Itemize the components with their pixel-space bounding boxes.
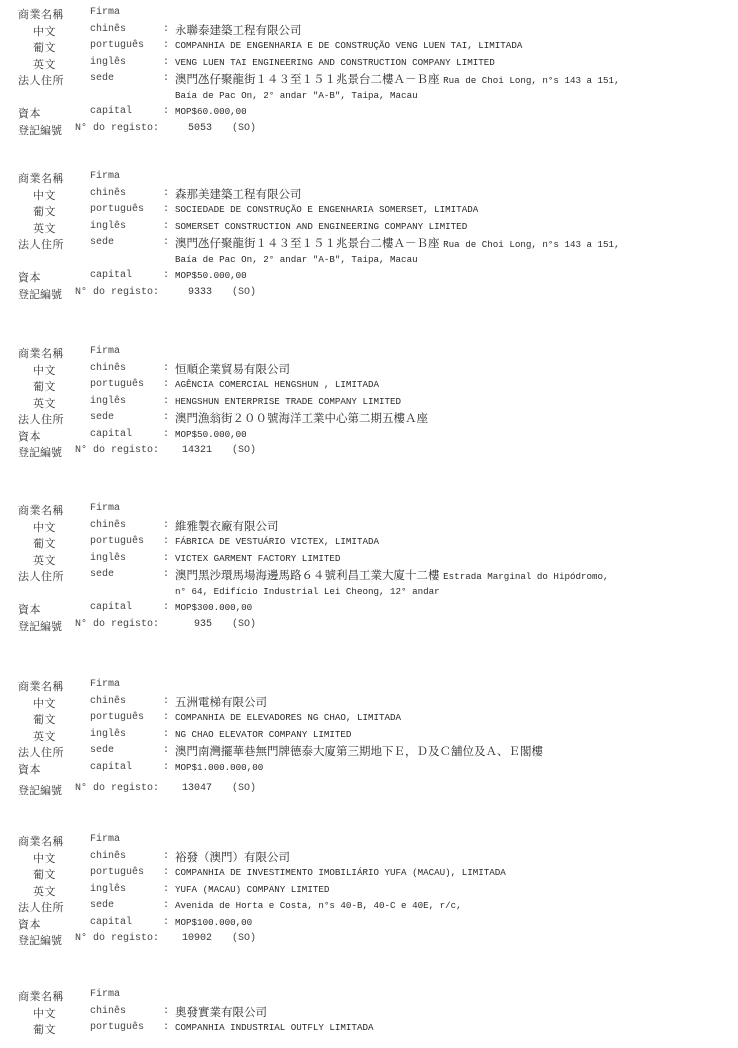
colon: : (163, 57, 169, 68)
capital-label-zh: 資本 (18, 269, 41, 285)
chines-label-zh: 中文 (33, 362, 56, 378)
ingles-label-pt: inglês (90, 57, 126, 68)
colon: : (163, 379, 169, 390)
capital-value: MOP$1.000.000,00 (175, 762, 263, 773)
registo-tag: (SO) (232, 445, 256, 456)
firma-label-pt: Firma (90, 171, 120, 182)
portugues-label-pt: português (90, 536, 144, 547)
registo-label-zh: 登記編號 (18, 122, 62, 138)
chines-label-zh: 中文 (33, 519, 56, 535)
address: 澳門黑沙環馬場海邊馬路６４號利昌工業大廈十二樓 Estrada Marginal… (175, 567, 609, 583)
portuguese-name: COMPANHIA DE ELEVADORES NG CHAO, LIMITAD… (175, 712, 401, 723)
colon: : (163, 696, 169, 707)
firma-label-zh: 商業名稱 (18, 833, 64, 849)
portuguese-name: FÁBRICA DE VESTUÁRIO VICTEX, LIMITADA (175, 536, 379, 547)
address-zh: 澳門黑沙環馬場海邊馬路６４號利昌工業大廈十二樓 (175, 568, 440, 582)
portugues-label-pt: português (90, 712, 144, 723)
portugues-label-pt: português (90, 1022, 144, 1033)
chinese-name: 永聯泰建築工程有限公司 (175, 22, 302, 38)
english-name: VENG LUEN TAI ENGINEERING AND CONSTRUCTI… (175, 57, 495, 68)
capital-value: MOP$300.000,00 (175, 602, 252, 613)
sede-label-pt: sede (90, 73, 114, 84)
capital-label-zh: 資本 (18, 105, 41, 121)
capital-value: MOP$60.000,00 (175, 106, 247, 117)
registo-number: 935 (194, 619, 212, 630)
colon: : (163, 729, 169, 740)
english-name: NG CHAO ELEVATOR COMPANY LIMITED (175, 729, 351, 740)
ingles-label-zh: 英文 (33, 552, 56, 568)
colon: : (163, 602, 169, 613)
firma-label-pt: Firma (90, 346, 120, 357)
ingles-label-zh: 英文 (33, 220, 56, 236)
firma-label-zh: 商業名稱 (18, 988, 64, 1004)
firma-label-zh: 商業名稱 (18, 678, 64, 694)
portugues-label-zh: 葡文 (33, 203, 56, 219)
registo-label-pt: N° do registo: (75, 123, 159, 134)
colon: : (163, 396, 169, 407)
colon: : (163, 1006, 169, 1017)
colon: : (163, 188, 169, 199)
portugues-label-pt: português (90, 379, 144, 390)
address-pt-line1: Rua de Choi Long, n°s 143 a 151, (443, 75, 619, 86)
registo-tag: (SO) (232, 287, 256, 298)
colon: : (163, 40, 169, 51)
colon: : (163, 553, 169, 564)
ingles-label-zh: 英文 (33, 728, 56, 744)
company-entry-1: 商業名稱Firma 中文chinês:永聯泰建築工程有限公司 葡文portugu… (0, 6, 738, 138)
sede-label-pt: sede (90, 900, 114, 911)
colon: : (163, 204, 169, 215)
ingles-label-zh: 英文 (33, 395, 56, 411)
chines-label-pt: chinês (90, 1006, 126, 1017)
company-entry-2: 商業名稱Firma 中文chinês:森那美建築工程有限公司 葡文portugu… (0, 170, 738, 302)
sede-label-pt: sede (90, 745, 114, 756)
capital-value: MOP$50.000,00 (175, 270, 247, 281)
capital-value: MOP$50.000,00 (175, 429, 247, 440)
portugues-label-zh: 葡文 (33, 378, 56, 394)
english-name: YUFA (MACAU) COMPANY LIMITED (175, 884, 329, 895)
company-entry-4: 商業名稱Firma 中文chinês:維雅製衣廠有限公司 葡文português… (0, 502, 738, 634)
capital-value: MOP$100.000,00 (175, 917, 252, 928)
address: 澳門氹仔聚龍街１４３至１５１兆景台二樓Ａ－Ｂ座 Rua de Choi Long… (175, 71, 620, 87)
address-pt-line1: Avenida de Horta e Costa, n°s 40-B, 40-C… (175, 900, 462, 911)
address-zh: 澳門氹仔聚龍街１４３至１５１兆景台二樓Ａ－Ｂ座 (175, 72, 440, 86)
chines-label-pt: chinês (90, 363, 126, 374)
firma-label-zh: 商業名稱 (18, 502, 64, 518)
portuguese-name: COMPANHIA INDUSTRIAL OUTFLY LIMITADA (175, 1022, 373, 1033)
capital-label-zh: 資本 (18, 761, 41, 777)
chines-label-pt: chinês (90, 851, 126, 862)
portuguese-name: COMPANHIA DE ENGENHARIA E DE CONSTRUÇÃO … (175, 40, 522, 51)
colon: : (163, 900, 169, 911)
registo-label-pt: N° do registo: (75, 287, 159, 298)
chinese-name: 奧發實業有限公司 (175, 1004, 267, 1020)
registo-label-zh: 登記編號 (18, 932, 62, 948)
registo-label-zh: 登記編號 (18, 444, 62, 460)
colon: : (163, 270, 169, 281)
company-entry-6: 商業名稱Firma 中文chinês:裕發（澳門）有限公司 葡文portuguê… (0, 833, 738, 949)
registo-label-pt: N° do registo: (75, 619, 159, 630)
colon: : (163, 867, 169, 878)
ingles-label-pt: inglês (90, 553, 126, 564)
company-entry-7: 商業名稱Firma 中文chinês:奧發實業有限公司 葡文português:… (0, 988, 738, 1038)
registo-number: 5053 (188, 123, 212, 134)
registo-label-zh: 登記編號 (18, 618, 62, 634)
colon: : (163, 221, 169, 232)
capital-label-pt: capital (90, 270, 132, 281)
address: 澳門氹仔聚龍街１４３至１５１兆景台二樓Ａ－Ｂ座 Rua de Choi Long… (175, 235, 620, 251)
registo-tag: (SO) (232, 123, 256, 134)
registo-tag: (SO) (232, 619, 256, 630)
capital-label-zh: 資本 (18, 428, 41, 444)
capital-label-pt: capital (90, 106, 132, 117)
chinese-name: 森那美建築工程有限公司 (175, 186, 302, 202)
registo-label-zh: 登記編號 (18, 782, 62, 798)
colon: : (163, 745, 169, 756)
address-pt-line1: Rua de Choi Long, n°s 143 a 151, (443, 239, 619, 250)
chines-label-pt: chinês (90, 520, 126, 531)
portugues-label-zh: 葡文 (33, 39, 56, 55)
portugues-label-pt: português (90, 867, 144, 878)
colon: : (163, 712, 169, 723)
firma-label-pt: Firma (90, 989, 120, 1000)
sede-label-zh: 法人住所 (18, 744, 64, 760)
portuguese-name: AGÊNCIA COMERCIAL HENGSHUN , LIMITADA (175, 379, 379, 390)
address-pt-line2: Baía de Pac On, 2° andar "A-B", Taipa, M… (175, 90, 418, 101)
sede-label-zh: 法人住所 (18, 236, 64, 252)
colon: : (163, 569, 169, 580)
ingles-label-pt: inglês (90, 396, 126, 407)
colon: : (163, 363, 169, 374)
firma-label-pt: Firma (90, 679, 120, 690)
firma-label-zh: 商業名稱 (18, 170, 64, 186)
address-pt-line2: Baía de Pac On, 2° andar "A-B", Taipa, M… (175, 254, 418, 265)
colon: : (163, 106, 169, 117)
sede-label-zh: 法人住所 (18, 568, 64, 584)
sede-label-pt: sede (90, 237, 114, 248)
colon: : (163, 73, 169, 84)
address-zh: 澳門漁翁街２００號海洋工業中心第二期五樓Ａ座 (175, 410, 428, 426)
company-entry-5: 商業名稱Firma 中文chinês:五洲電梯有限公司 葡文português:… (0, 678, 738, 799)
colon: : (163, 917, 169, 928)
address-zh: 澳門南灣擺華巷無門牌德泰大廈第三期地下Ｅ，Ｄ及Ｃ舖位及Ａ、Ｅ閣樓 (175, 743, 543, 759)
registo-number: 13047 (182, 783, 212, 794)
chinese-name: 裕發（澳門）有限公司 (175, 849, 290, 865)
ingles-label-zh: 英文 (33, 883, 56, 899)
registo-tag: (SO) (232, 933, 256, 944)
colon: : (163, 412, 169, 423)
sede-label-pt: sede (90, 412, 114, 423)
chinese-name: 五洲電梯有限公司 (175, 694, 267, 710)
portugues-label-zh: 葡文 (33, 535, 56, 551)
english-name: VICTEX GARMENT FACTORY LIMITED (175, 553, 340, 564)
english-name: HENGSHUN ENTERPRISE TRADE COMPANY LIMITE… (175, 396, 401, 407)
portugues-label-pt: português (90, 204, 144, 215)
chines-label-zh: 中文 (33, 187, 56, 203)
firma-label-pt: Firma (90, 834, 120, 845)
portugues-label-zh: 葡文 (33, 1021, 56, 1037)
registo-label-pt: N° do registo: (75, 445, 159, 456)
capital-label-zh: 資本 (18, 916, 41, 932)
registo-label-zh: 登記編號 (18, 286, 62, 302)
chines-label-pt: chinês (90, 188, 126, 199)
company-entry-3: 商業名稱Firma 中文chinês:恒順企業貿易有限公司 葡文portuguê… (0, 345, 738, 461)
capital-label-pt: capital (90, 602, 132, 613)
chines-label-pt: chinês (90, 696, 126, 707)
registo-tag: (SO) (232, 783, 256, 794)
colon: : (163, 536, 169, 547)
chinese-name: 維雅製衣廠有限公司 (175, 518, 279, 534)
registo-number: 10902 (182, 933, 212, 944)
english-name: SOMERSET CONSTRUCTION AND ENGINEERING CO… (175, 221, 467, 232)
portuguese-name: SOCIEDADE DE CONSTRUÇÃO E ENGENHARIA SOM… (175, 204, 478, 215)
firma-label-zh: 商業名稱 (18, 345, 64, 361)
chines-label-zh: 中文 (33, 695, 56, 711)
address-pt-line1: Estrada Marginal do Hipódromo, (443, 571, 608, 582)
capital-label-pt: capital (90, 917, 132, 928)
colon: : (163, 851, 169, 862)
capital-label-zh: 資本 (18, 601, 41, 617)
colon: : (163, 1022, 169, 1033)
registo-label-pt: N° do registo: (75, 933, 159, 944)
sede-label-zh: 法人住所 (18, 72, 64, 88)
registo-number: 14321 (182, 445, 212, 456)
capital-label-pt: capital (90, 429, 132, 440)
ingles-label-pt: inglês (90, 884, 126, 895)
firma-label-zh: 商業名稱 (18, 6, 64, 22)
chines-label-pt: chinês (90, 24, 126, 35)
ingles-label-pt: inglês (90, 729, 126, 740)
portuguese-name: COMPANHIA DE INVESTIMENTO IMOBILIÁRIO YU… (175, 867, 506, 878)
registo-label-pt: N° do registo: (75, 783, 159, 794)
ingles-label-zh: 英文 (33, 56, 56, 72)
chines-label-zh: 中文 (33, 850, 56, 866)
capital-label-pt: capital (90, 762, 132, 773)
ingles-label-pt: inglês (90, 221, 126, 232)
address-pt-line2: n° 64, Edifício Industrial Lei Cheong, 1… (175, 586, 440, 597)
portugues-label-zh: 葡文 (33, 866, 56, 882)
address-zh: 澳門氹仔聚龍街１４３至１５１兆景台二樓Ａ－Ｂ座 (175, 236, 440, 250)
chinese-name: 恒順企業貿易有限公司 (175, 361, 290, 377)
firma-label-pt: Firma (90, 503, 120, 514)
chines-label-zh: 中文 (33, 23, 56, 39)
firma-label-pt: Firma (90, 7, 120, 18)
colon: : (163, 24, 169, 35)
colon: : (163, 429, 169, 440)
colon: : (163, 762, 169, 773)
sede-label-pt: sede (90, 569, 114, 580)
colon: : (163, 237, 169, 248)
sede-label-zh: 法人住所 (18, 411, 64, 427)
registo-number: 9333 (188, 287, 212, 298)
colon: : (163, 520, 169, 531)
colon: : (163, 884, 169, 895)
portugues-label-pt: português (90, 40, 144, 51)
sede-label-zh: 法人住所 (18, 899, 64, 915)
chines-label-zh: 中文 (33, 1005, 56, 1021)
portugues-label-zh: 葡文 (33, 711, 56, 727)
